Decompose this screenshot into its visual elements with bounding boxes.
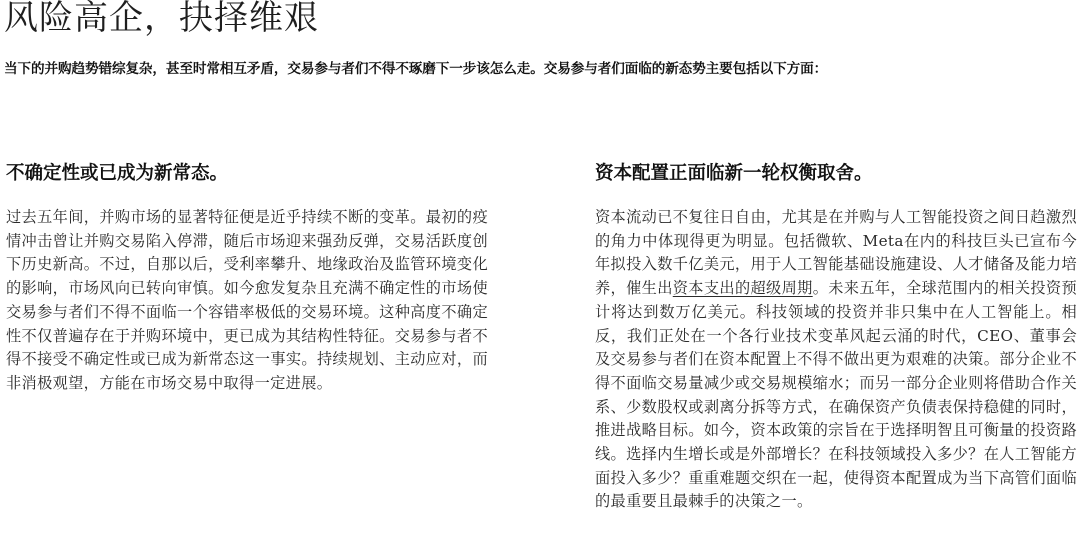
section-uncertainty: 不确定性或已成为新常态。 过去五年间，并购市场的显著特征便是近乎持续不断的变革。…: [6, 160, 488, 396]
page-subtitle: 当下的并购趋势错综复杂，甚至时常相互矛盾，交易参与者们不得不琢磨下一步该怎么走。…: [4, 59, 827, 79]
section-capital-allocation: 资本配置正面临新一轮权衡取舍。 资本流动已不复往日自由，尤其是在并购与人工智能投…: [595, 160, 1077, 514]
section-heading: 不确定性或已成为新常态。: [6, 160, 488, 188]
section-heading: 资本配置正面临新一轮权衡取舍。: [595, 160, 1077, 188]
page-title: 风险高企，抉择维艰: [4, 0, 319, 40]
section-body: 资本流动已不复往日自由，尤其是在并购与人工智能投资之间日趋激烈的角力中体现得更为…: [595, 206, 1077, 514]
section-body: 过去五年间，并购市场的显著特征便是近乎持续不断的变革。最初的疫情冲击曾让并购交易…: [6, 206, 488, 396]
body-text-after-link: 。未来五年，全球范围内的相关投资预计将达到数万亿美元。科技领域的投资并非只集中在…: [595, 279, 1077, 510]
capex-supercycle-link[interactable]: 资本支出的超级周期: [673, 279, 813, 297]
